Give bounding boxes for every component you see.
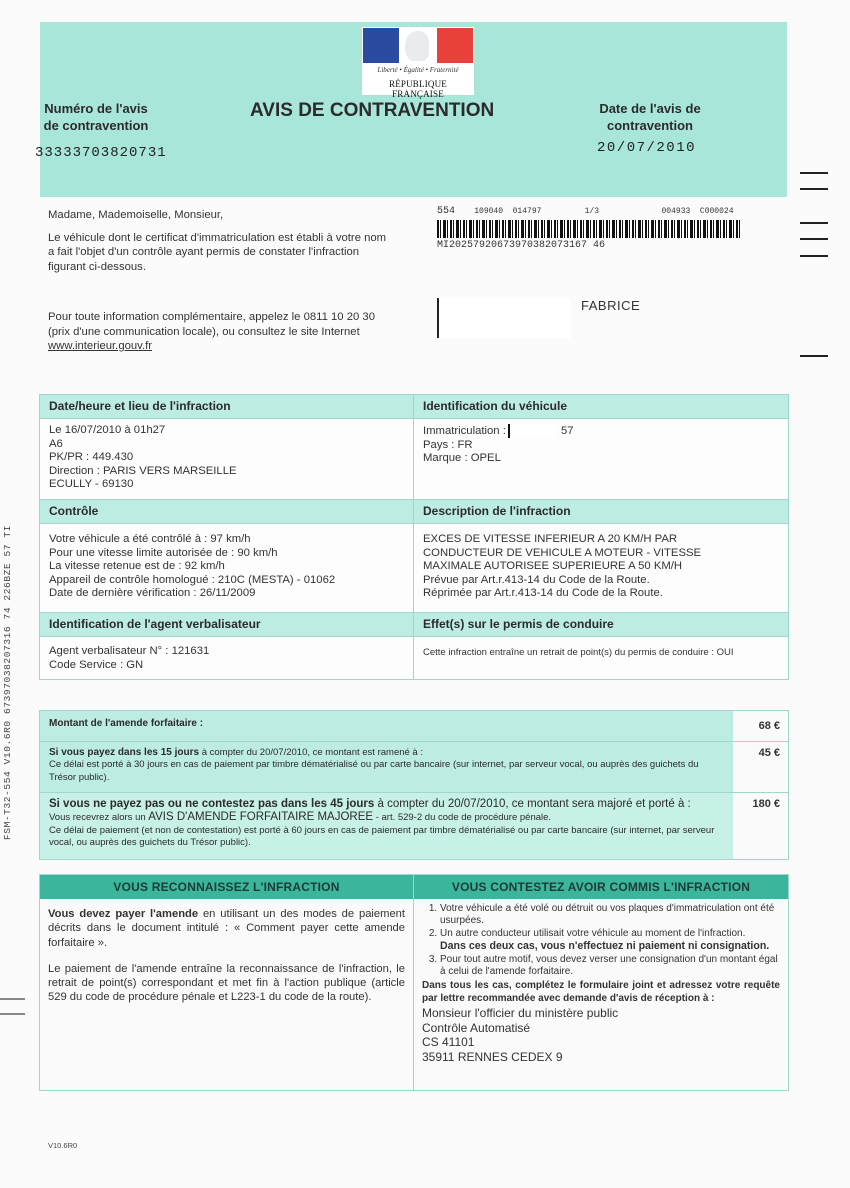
majoree-note-prefix: Vous recevrez alors un xyxy=(49,812,148,823)
marianne-flag-icon xyxy=(363,28,473,63)
minoree-amount: 45 € xyxy=(733,742,788,792)
intro-body: Le véhicule dont le certificat d'immatri… xyxy=(48,231,388,275)
amount-row-minoree: Si vous payez dans les 15 jours à compte… xyxy=(40,742,788,793)
reconnaissez-title: VOUS RECONNAISSEZ L'INFRACTION xyxy=(40,875,413,899)
recipient-name: FABRICE xyxy=(581,298,640,313)
section-agent-body: Agent verbalisateur N° : 121631 Code Ser… xyxy=(40,637,413,679)
contestez-item-2: Un autre conducteur utilisait votre véhi… xyxy=(440,928,780,954)
agent-number: Agent verbalisateur N° : 121631 xyxy=(49,645,404,659)
speed-limit: Pour une vitesse limite autorisée de : 9… xyxy=(49,547,404,561)
description-line: CONDUCTEUR DE VEHICULE A MOTEUR - VITESS… xyxy=(423,547,779,561)
options-section: VOUS RECONNAISSEZ L'INFRACTION Vous deve… xyxy=(39,874,789,1091)
notice-date-value: 20/07/2010 xyxy=(597,140,696,156)
reconnaissez-bold: Vous devez payer l'amende xyxy=(48,908,198,920)
notice-date-label: Date de l'avis de contravention xyxy=(585,100,715,134)
intro-text: Madame, Mademoiselle, Monsieur, Le véhic… xyxy=(48,208,388,362)
recipient-address: FABRICE xyxy=(437,298,640,338)
description-line: EXCES DE VITESSE INFERIEUR A 20 KM/H PAR xyxy=(423,533,779,547)
section-vehicle-title: Identification du véhicule xyxy=(414,395,788,419)
majoree-note-suffix: - art. 529-2 du code de procédure pénale… xyxy=(373,812,551,823)
contestez-item-1: Votre véhicule a été volé ou détruit ou … xyxy=(440,903,780,928)
redacted-block xyxy=(437,298,571,338)
majoree-avis: AVIS D'AMENDE FORFAITAIRE MAJOREE xyxy=(148,811,373,823)
infraction-road: A6 xyxy=(49,438,404,452)
section-vehicle-body: Immatriculation : 57 Pays : FR Marque : … xyxy=(414,419,788,499)
infraction-datetime: Le 16/07/2010 à 01h27 xyxy=(49,424,404,438)
infraction-pk: PK/PR : 449.430 xyxy=(49,451,404,465)
contestez-column: VOUS CONTESTEZ AVOIR COMMIS L'INFRACTION… xyxy=(414,875,788,1090)
vehicle-make: Marque : OPEL xyxy=(423,452,779,466)
barcode xyxy=(437,220,740,238)
notice-number-value: 33333703820731 xyxy=(35,145,167,161)
fold-marks xyxy=(800,0,828,400)
side-code: FSM-T32-554 V10.6R0 67397038207316 74 22… xyxy=(2,525,13,840)
interieur-link[interactable]: www.interieur.gouv.fr xyxy=(48,340,152,352)
majoree-text: à compter du 20/07/2010, ce montant sera… xyxy=(374,798,690,810)
amount-row-forfaitaire: Montant de l'amende forfaitaire : 68 € xyxy=(40,711,788,742)
item2-text: Un autre conducteur utilisait votre véhi… xyxy=(440,928,745,939)
section-agent-title: Identification de l'agent verbalisateur xyxy=(40,613,413,637)
notice-number-label: Numéro de l'avis de contravention xyxy=(40,100,152,134)
infraction-city: ECULLY - 69130 xyxy=(49,478,404,492)
vehicle-country: Pays : FR xyxy=(423,439,779,453)
fine-amounts: Montant de l'amende forfaitaire : 68 € S… xyxy=(39,710,789,860)
minoree-bold: Si vous payez dans les 15 jours xyxy=(49,747,199,758)
measured-speed: Votre véhicule a été contrôlé à : 97 km/… xyxy=(49,533,404,547)
majoree-note: Ce délai de paiement (et non de contesta… xyxy=(49,825,714,848)
contestez-body: Votre véhicule a été volé ou détruit ou … xyxy=(414,899,788,1068)
reconnaissez-p2: Le paiement de l'amende entraîne la reco… xyxy=(48,962,405,1005)
section-controle-body: Votre véhicule a été contrôlé à : 97 km/… xyxy=(40,524,413,612)
address-line: Contrôle Automatisé xyxy=(422,1021,780,1036)
salutation: Madame, Mademoiselle, Monsieur, xyxy=(48,208,388,223)
permis-effect: Cette infraction entraîne un retrait de … xyxy=(414,637,788,679)
reconnaissez-body: Vous devez payer l'amende en utilisant u… xyxy=(40,899,413,1025)
redacted-plate xyxy=(508,424,556,438)
majoree-amount: 180 € xyxy=(733,793,788,859)
device: Appareil de contrôle homologué : 210C (M… xyxy=(49,574,404,588)
immat-label: Immatriculation : xyxy=(423,425,506,437)
logo-republique: RÉPUBLIQUE FRANÇAISE xyxy=(362,79,474,99)
description-line: Prévue par Art.r.413-14 du Code de la Ro… xyxy=(423,574,779,588)
service-code: Code Service : GN xyxy=(49,659,404,673)
minoree-text: à compter du 20/07/2010, ce montant est … xyxy=(199,747,423,758)
omp-address: Monsieur l'officier du ministère public … xyxy=(422,1006,780,1064)
info-text: Pour toute information complémentaire, a… xyxy=(48,311,375,338)
majoree-bold: Si vous ne payez pas ou ne contestez pas… xyxy=(49,798,374,810)
page-title: AVIS DE CONTRAVENTION xyxy=(250,100,494,122)
contestez-item-3: Pour tout autre motif, vous devez verser… xyxy=(440,954,780,979)
dans-tous-les-cas: Dans tous les cas, complétez le formulai… xyxy=(422,980,780,1005)
address-line: CS 41101 xyxy=(422,1035,780,1050)
info-paragraph: Pour toute information complémentaire, a… xyxy=(48,310,388,354)
republique-francaise-logo: Liberté • Égalité • Fraternité RÉPUBLIQU… xyxy=(362,27,474,95)
barcode-number: MI20257920673970382073167 46 xyxy=(437,240,605,251)
code-4: 004933 C000024 xyxy=(661,207,733,216)
forfaitaire-amount: 68 € xyxy=(733,711,788,741)
section-date-lieu-body: Le 16/07/2010 à 01h27 A6 PK/PR : 449.430… xyxy=(40,419,413,499)
minoree-note: Ce délai est porté à 30 jours en cas de … xyxy=(49,759,699,782)
amount-row-majoree: Si vous ne payez pas ou ne contestez pas… xyxy=(40,793,788,859)
code-2: 109040 014797 xyxy=(474,207,541,216)
version-label: V10.6R0 xyxy=(48,1141,77,1150)
section-permis-title: Effet(s) sur le permis de conduire xyxy=(414,613,788,637)
address-line: Monsieur l'officier du ministère public xyxy=(422,1006,780,1021)
last-verification: Date de dernière vérification : 26/11/20… xyxy=(49,587,404,601)
item2-bold: Dans ces deux cas, vous n'effectuez ni p… xyxy=(440,940,769,952)
code-554: 554 xyxy=(437,206,455,217)
section-date-lieu-title: Date/heure et lieu de l'infraction xyxy=(40,395,413,419)
infraction-details: Date/heure et lieu de l'infraction Le 16… xyxy=(39,394,789,680)
description-line: MAXIMALE AUTORISEE SUPERIEURE A 50 KM/H xyxy=(423,560,779,574)
infraction-direction: Direction : PARIS VERS MARSEILLE xyxy=(49,465,404,479)
reconnaissez-column: VOUS RECONNAISSEZ L'INFRACTION Vous deve… xyxy=(40,875,414,1090)
section-controle-title: Contrôle xyxy=(40,500,413,524)
code-3: 1/3 xyxy=(585,207,599,216)
forfaitaire-label: Montant de l'amende forfaitaire : xyxy=(49,718,203,729)
section-description-body: EXCES DE VITESSE INFERIEUR A 20 KM/H PAR… xyxy=(414,524,788,612)
retained-speed: La vitesse retenue est de : 92 km/h xyxy=(49,560,404,574)
address-line: 35911 RENNES CEDEX 9 xyxy=(422,1050,780,1065)
logo-motto: Liberté • Égalité • Fraternité xyxy=(362,66,474,74)
description-line: Réprimée par Art.r.413-14 du Code de la … xyxy=(423,587,779,601)
contestez-title: VOUS CONTESTEZ AVOIR COMMIS L'INFRACTION xyxy=(414,875,788,899)
left-marks xyxy=(0,990,25,1030)
section-description-title: Description de l'infraction xyxy=(414,500,788,524)
immat-suffix: 57 xyxy=(561,425,574,437)
reconnaissez-p1: Vous devez payer l'amende en utilisant u… xyxy=(48,907,405,950)
mail-codes: 554 109040 014797 1/3 004933 C000024 xyxy=(437,206,734,217)
vehicle-immatriculation: Immatriculation : 57 xyxy=(423,424,779,439)
